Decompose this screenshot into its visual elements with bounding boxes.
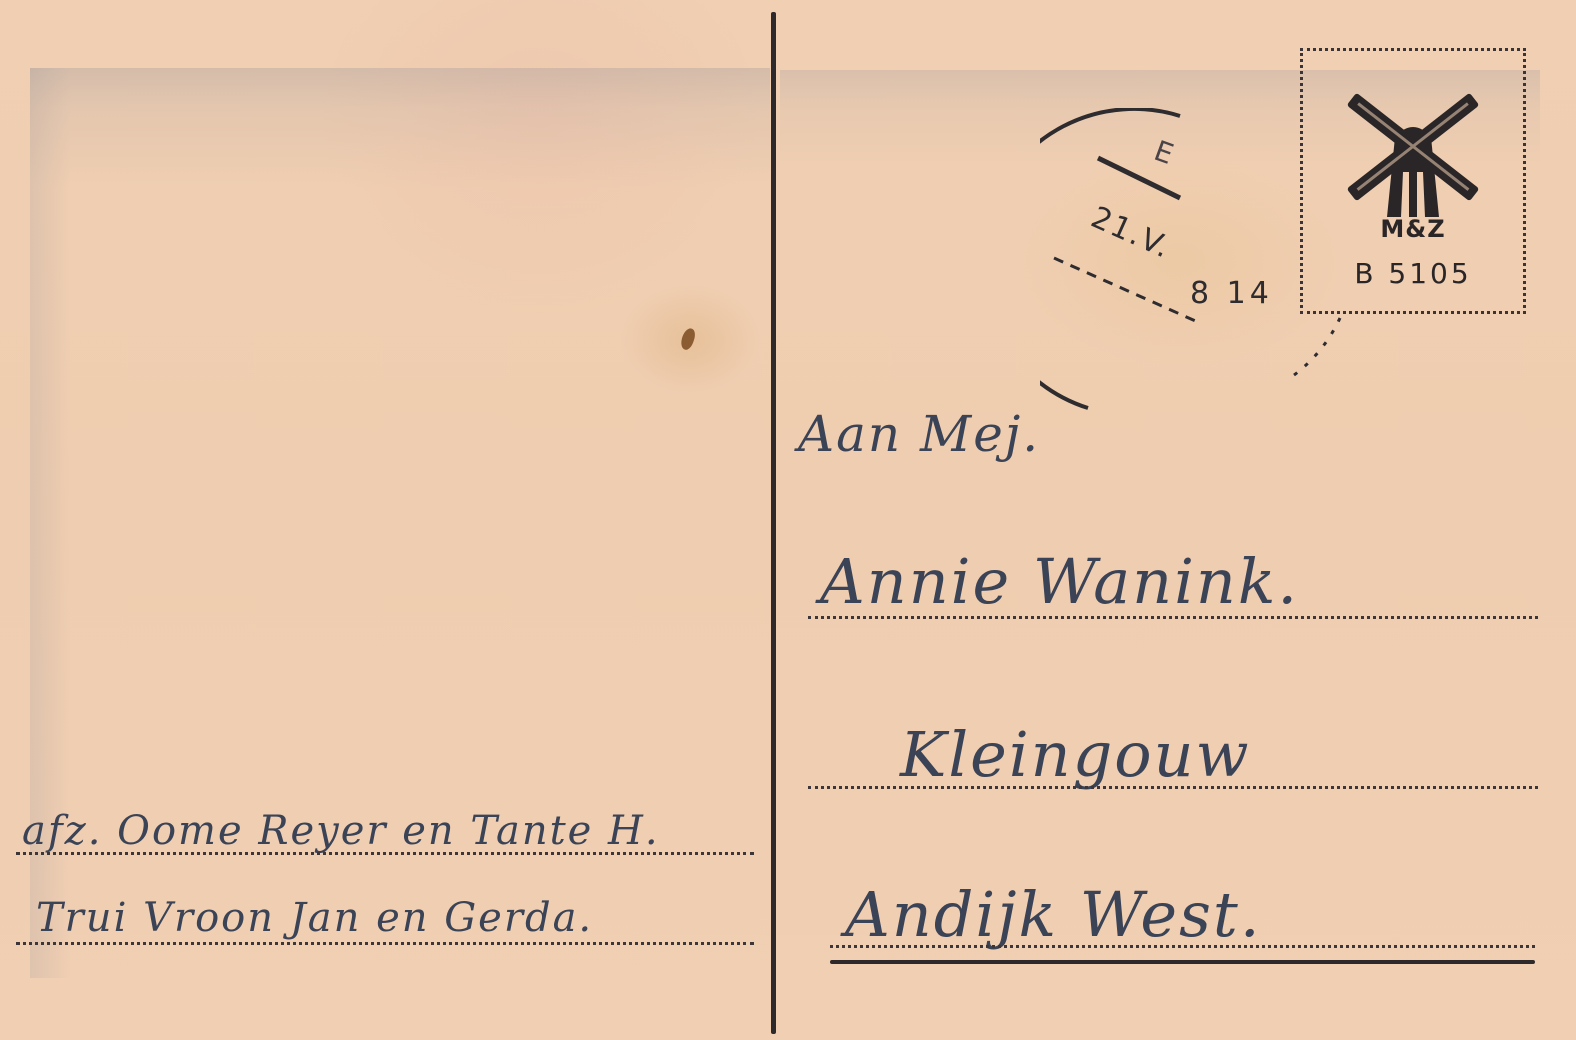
postmark-time: 8 14 — [1190, 276, 1273, 311]
center-divider-line — [771, 12, 776, 1034]
postmark: E 21.V. 8 14 — [1040, 108, 1370, 428]
address-line-1 — [808, 616, 1538, 619]
sender-line-2: Trui Vroon Jan en Gerda. — [36, 895, 593, 941]
ink-stain — [679, 327, 698, 352]
address-salutation: Aan Mej. — [798, 405, 1040, 463]
address-street: Kleingouw — [900, 718, 1251, 791]
sender-dotted-line-2 — [16, 942, 754, 945]
sender-dotted-line-1 — [16, 852, 754, 855]
sender-line-1: afz. Oome Reyer en Tante H. — [22, 808, 660, 854]
postcard: M&Z B 5105 E 21.V. 8 14 Aan Mej. Annie W… — [0, 0, 1576, 1040]
address-city: Andijk West. — [845, 878, 1262, 951]
address-name: Annie Wanink. — [820, 545, 1299, 618]
address-underline — [830, 960, 1535, 964]
postmark-circle-icon — [1040, 108, 1370, 428]
address-line-2 — [808, 786, 1538, 789]
address-line-3 — [830, 945, 1535, 948]
